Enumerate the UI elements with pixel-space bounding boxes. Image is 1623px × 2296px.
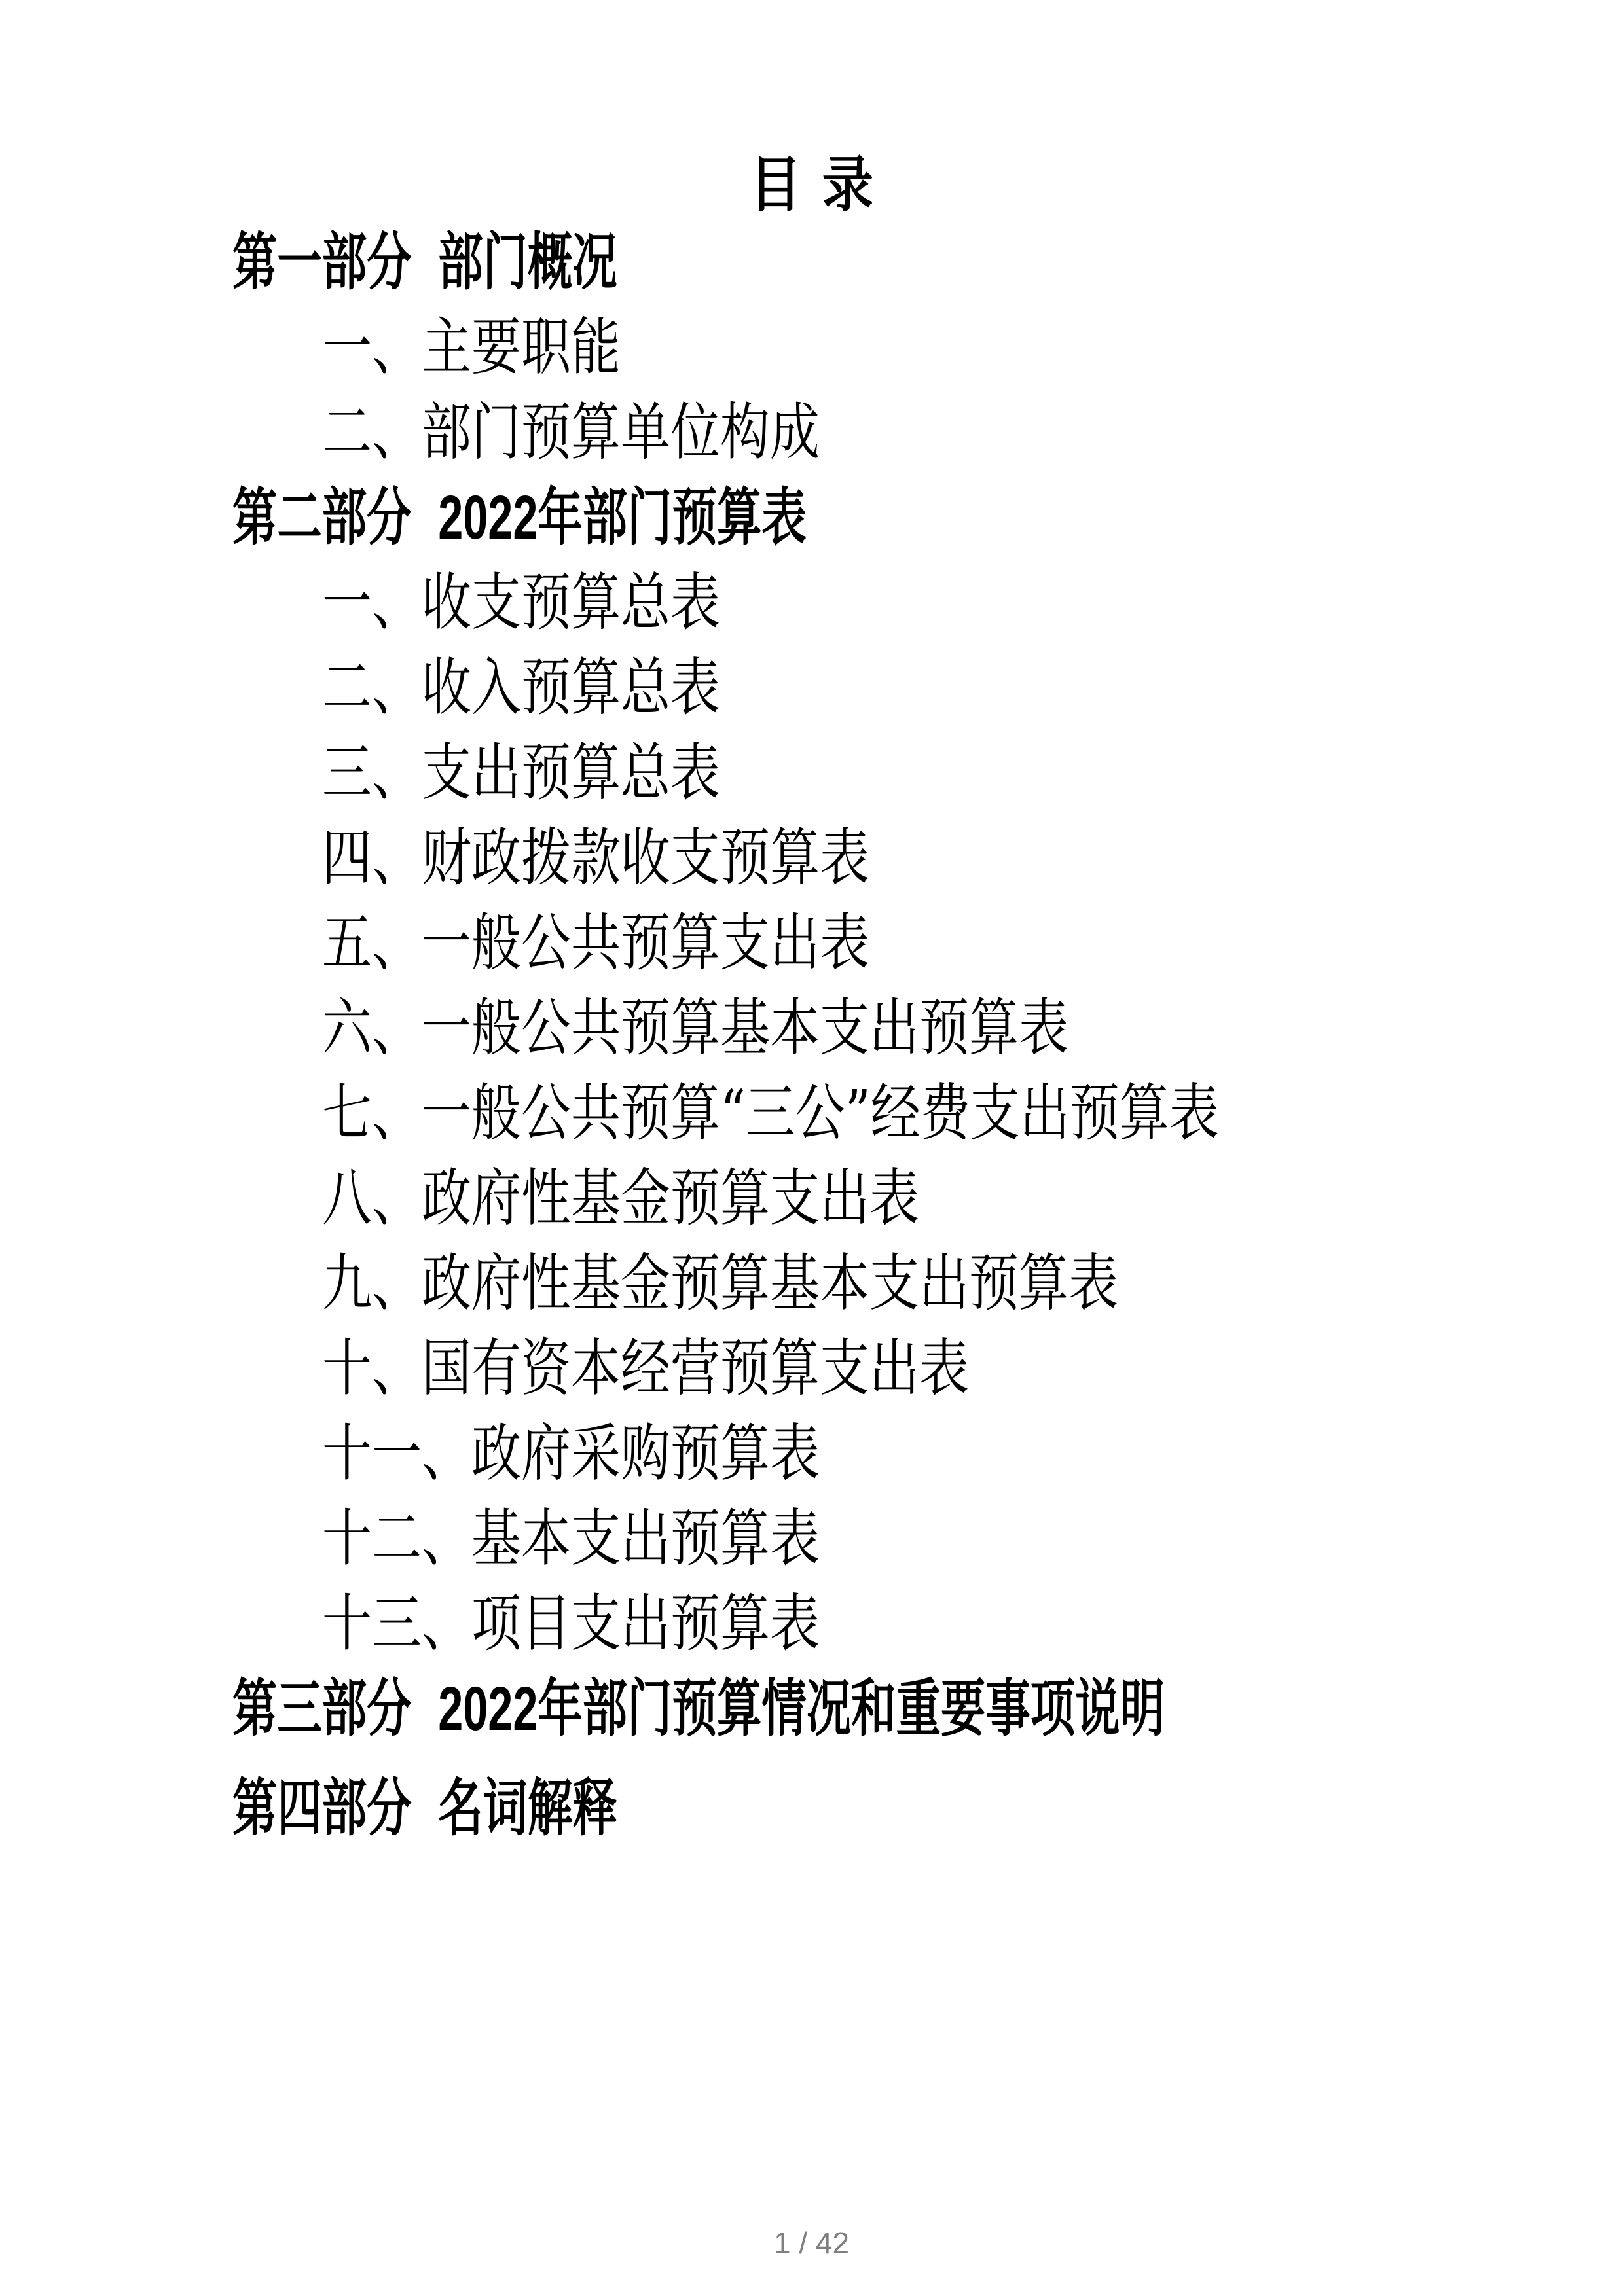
toc-heading-part1: 第一部分 部门概况 [0, 215, 1623, 300]
toc-item-part2-10-label: 十、国有资本经营预算支出表 [322, 1319, 969, 1408]
toc-item-part2-3-label: 三、支出预算总表 [322, 723, 720, 812]
toc-item-part2-11-label: 十一、政府采购预算表 [322, 1404, 820, 1493]
toc-item-part2-9-label: 九、政府性基金预算基本支出预算表 [322, 1234, 1118, 1323]
toc-item-part2-13-label: 十三、项目支出预算表 [322, 1574, 820, 1663]
toc-item-part1-1-label: 一、主要职能 [322, 298, 621, 387]
toc-item-part1-1: 一、主要职能 [0, 300, 1623, 385]
toc-heading-part4: 第四部分 名词解释 [0, 1761, 1623, 1846]
toc-item-part2-4: 四、财政拨款收支预算表 [0, 810, 1623, 895]
page-number-footer: 1 / 42 [0, 2228, 1623, 2258]
page-title: 目 录 [750, 156, 873, 215]
page-title-row: 目 录 [0, 156, 1623, 215]
toc-item-part2-10: 十、国有资本经营预算支出表 [0, 1321, 1623, 1406]
toc-heading-part3-label: 第三部分 2022年部门预算情况和重要事项说明 [232, 1659, 1165, 1748]
toc-item-part2-8: 八、政府性基金预算支出表 [0, 1151, 1623, 1236]
toc-item-part2-6-label: 六、一般公共预算基本支出预算表 [322, 978, 1068, 1067]
toc-item-part2-4-label: 四、财政拨款收支预算表 [322, 808, 869, 897]
toc-heading-part1-label: 第一部分 部门概况 [232, 213, 617, 302]
toc-item-part2-3: 三、支出预算总表 [0, 725, 1623, 810]
toc-item-part2-1: 一、收支预算总表 [0, 555, 1623, 640]
toc-item-part2-7: 七、一般公共预算“三公”经费支出预算表 [0, 1066, 1623, 1151]
toc-item-part1-2-label: 二、部门预算单位构成 [322, 383, 820, 472]
toc-item-part2-13: 十三、项目支出预算表 [0, 1576, 1623, 1661]
toc-item-part2-1-label: 一、收支预算总表 [322, 553, 720, 642]
toc-item-part2-8-label: 八、政府性基金预算支出表 [322, 1149, 919, 1238]
toc-item-part2-11: 十一、政府采购预算表 [0, 1406, 1623, 1491]
toc-page: 目 录 第一部分 部门概况 一、主要职能 二、部门预算单位构成 第二部分 202… [0, 0, 1623, 2296]
toc-item-part2-5: 五、一般公共预算支出表 [0, 895, 1623, 980]
toc-item-part2-12-label: 十二、基本支出预算表 [322, 1489, 820, 1578]
toc-item-part2-6: 六、一般公共预算基本支出预算表 [0, 980, 1623, 1066]
toc-heading-part3: 第三部分 2022年部门预算情况和重要事项说明 [0, 1661, 1623, 1746]
toc-heading-part2: 第二部分 2022年部门预算表 [0, 470, 1623, 555]
toc-heading-part2-label: 第二部分 2022年部门预算表 [232, 468, 807, 557]
toc-item-part2-2-label: 二、收入预算总表 [322, 638, 720, 727]
toc-item-part2-12: 十二、基本支出预算表 [0, 1491, 1623, 1576]
toc-item-part2-9: 九、政府性基金预算基本支出预算表 [0, 1236, 1623, 1321]
page-number: 1 / 42 [774, 2226, 849, 2260]
toc-heading-part4-label: 第四部分 名词解释 [232, 1759, 617, 1848]
toc-item-part1-2: 二、部门预算单位构成 [0, 385, 1623, 470]
toc-item-part2-5-label: 五、一般公共预算支出表 [322, 893, 869, 982]
toc-item-part2-7-label: 七、一般公共预算“三公”经费支出预算表 [322, 1064, 1219, 1153]
toc-item-part2-2: 二、收入预算总表 [0, 640, 1623, 725]
